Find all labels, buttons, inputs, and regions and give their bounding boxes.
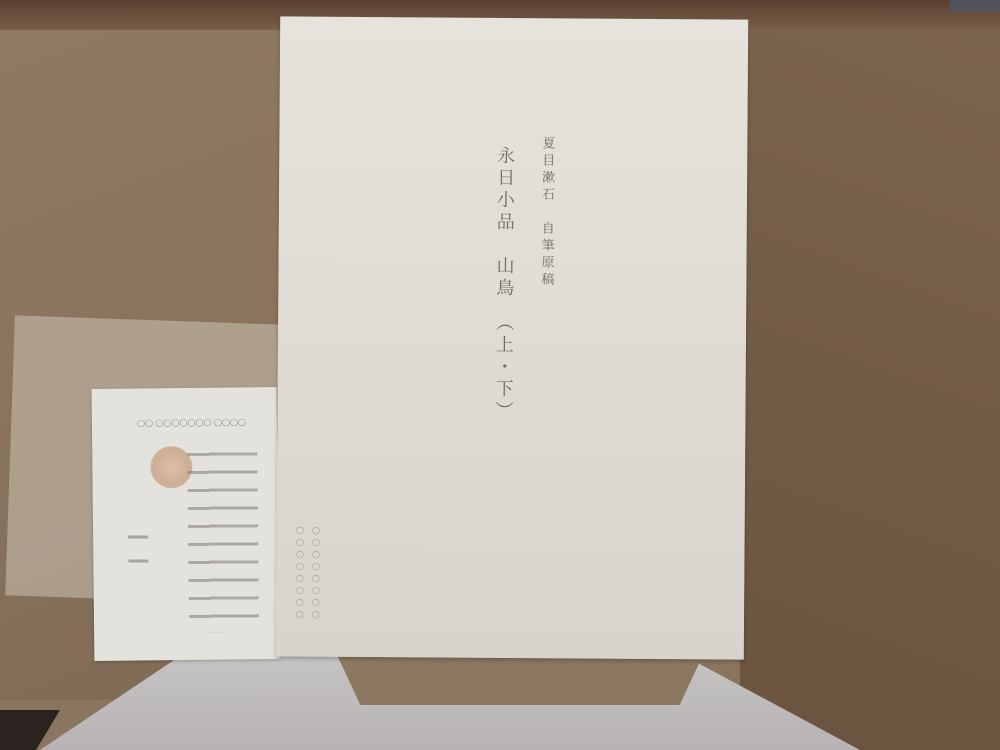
book-title: 永日小品 山鳥 （上・下） xyxy=(489,146,517,423)
photo-scene: 〇〇 〇〇〇〇〇〇〇 〇〇〇〇 夏目漱石 自筆原稿 永日小品 山鳥 （上・下） … xyxy=(0,0,1000,750)
info-card: 〇〇 〇〇〇〇〇〇〇 〇〇〇〇 xyxy=(92,387,280,661)
publisher-line-2: 〇〇〇〇〇〇〇〇 xyxy=(310,527,322,623)
card-heading: 〇〇 〇〇〇〇〇〇〇 〇〇〇〇 xyxy=(137,417,246,429)
card-text-lines xyxy=(187,442,259,633)
author-line: 夏目漱石 自筆原稿 xyxy=(536,136,556,289)
card-text-lines-left xyxy=(128,523,149,583)
cardboard-right-flap xyxy=(740,0,1000,750)
publisher-line-1: 〇〇〇〇〇〇〇〇 xyxy=(294,526,306,622)
book-cover: 夏目漱石 自筆原稿 永日小品 山鳥 （上・下） 〇〇〇〇〇〇〇〇 〇〇〇〇〇〇〇… xyxy=(276,16,748,659)
background-object xyxy=(950,0,1000,12)
